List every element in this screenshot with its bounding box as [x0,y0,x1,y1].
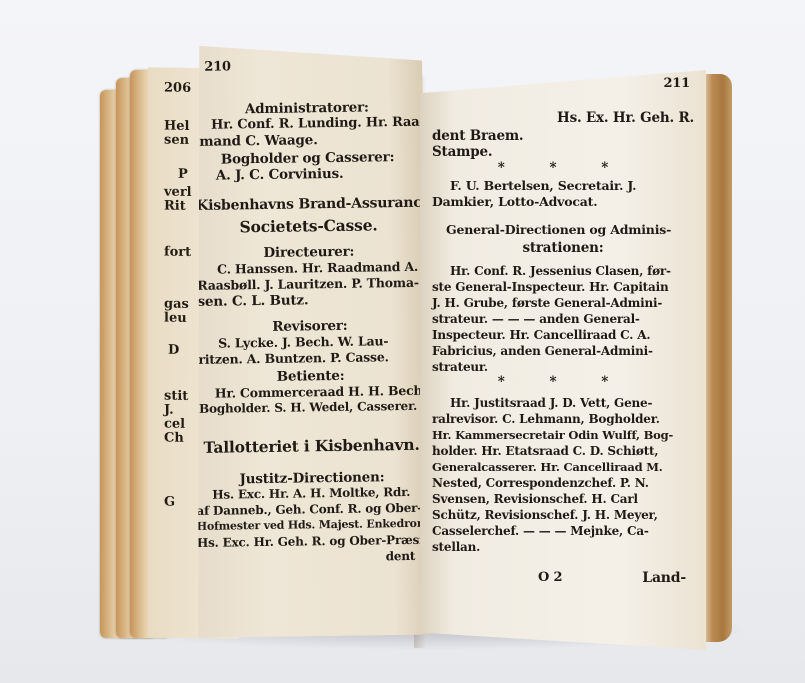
section-heading: Revisorer: [194,317,426,336]
text-line: stellan. [432,540,480,554]
text-line: Schütz, Revisionschef. J. H. Meyer, [432,508,658,522]
text-line: Casselerchef. — — — Mejnke, Ca- [432,524,649,538]
text-line: Hs. Exc. Hr. A. H. Moltke, Rdr. [212,485,410,502]
text-line: Damkier, Lotto-Advocat. [432,194,597,209]
text-line: Hofmester ved Hds. Majest. Enkedronn. [197,517,436,533]
text-line: Hr. Justitsraad J. D. Vett, Gene- [450,396,652,410]
institution-heading: Societets-Casse. [192,215,424,237]
back-page-fragment: Rit [164,199,186,213]
section-heading: Bogholder og Casserer: [191,149,423,168]
back-page-fragment: Ch [164,431,184,445]
left-page-number: 210 [204,59,231,74]
back-page-fragment: sen [164,133,189,147]
back-page-fragment: D [168,344,179,358]
text-line: holder. Hr. Etatsraad C. D. Schiøtt, [432,444,658,458]
text-line: Hr. Commerceraad H. H. Bech, [215,383,427,401]
text-line: Fabricius, anden General-Admini- [432,344,653,358]
text-line: Hr. Conf. R. Jessenius Clasen, før- [450,264,671,278]
text-line: Bogholder. S. H. Wedel, Casserer. [199,399,417,416]
right-page: 211 Hs. Ex. Hr. Geh. R. dent Braem. Stam… [420,70,706,650]
text-line: sen. C. L. Butz. [197,292,308,310]
text-line: A. J. C. Corvinius. [216,166,344,184]
text-line: Stampe. [432,144,492,160]
text-line: Hr. Kammersecretair Odin Wulff, Bog- [432,428,673,442]
text-line: dent [386,549,416,563]
text-line: strateur. [432,360,488,374]
text-line: Hs. Exc. Hr. Geh. R. og Ober-Præsi- [197,533,429,550]
text-line: Raasbøll. J. Lauritzen. P. Thoma- [197,275,419,293]
back-page-fragment: P [178,168,188,182]
text-line: Inspecteur. Hr. Cancelliraad C. A. [432,328,650,342]
page-edges-right [702,74,732,642]
text-line: ritzen. A. Buntzen. P. Casse. [198,349,389,367]
text-line: af Danneb., Geh. Conf. R. og Ober- [196,501,422,518]
text-line: Nested, Correspondenzchef. P. N. [432,476,649,490]
ornament-stars: * * * [420,374,706,390]
text-line: Svensen, Revisionschef. H. Carl [432,492,638,506]
institution-heading: Tallotteriet i Kisbenhavn. [195,435,427,457]
ornament-stars: * * * [420,160,706,176]
text-line: ste General-Inspecteur. Hr. Capitain [432,280,669,294]
back-page-fragment: G [164,495,175,509]
text-line: Hr. Conf. R. Lunding. Hr. Raad- [211,115,434,133]
catchword: Land- [642,570,686,586]
text-line: F. U. Bertelsen, Secretair. J. [450,178,636,193]
text-line: Hs. Ex. Hr. Geh. R. [557,110,694,126]
back-page-fragment: leu [164,311,187,325]
text-line: mand C. Waage. [199,132,318,150]
text-line: strateur. — — — anden General- [432,312,640,326]
back-page-fragment: fort [164,245,191,259]
back-page-number: 206 [164,81,191,95]
signature-mark: O 2 [538,570,562,585]
text-line: J. H. Grube, første General-Admini- [432,296,662,310]
text-line: S. Lycke. J. Bech. W. Lau- [218,333,388,350]
text-line: Generalcasserer. Hr. Cancelliraad M. [432,460,663,474]
section-heading: General-Directionen og Adminis- [446,222,671,237]
institution-heading: Kisbenhavns Brand-Assurance- [196,195,436,214]
left-page: 210 Administratorer: Hr. Conf. R. Lundin… [190,43,430,638]
right-page-number: 211 [663,76,690,91]
text-line: ralrevisor. C. Lehmann, Bogholder. [432,412,660,426]
section-heading: strationen: [420,240,706,256]
text-line: C. Hanssen. Hr. Raadmand A. [217,259,418,277]
text-line: dent Braem. [432,128,523,144]
